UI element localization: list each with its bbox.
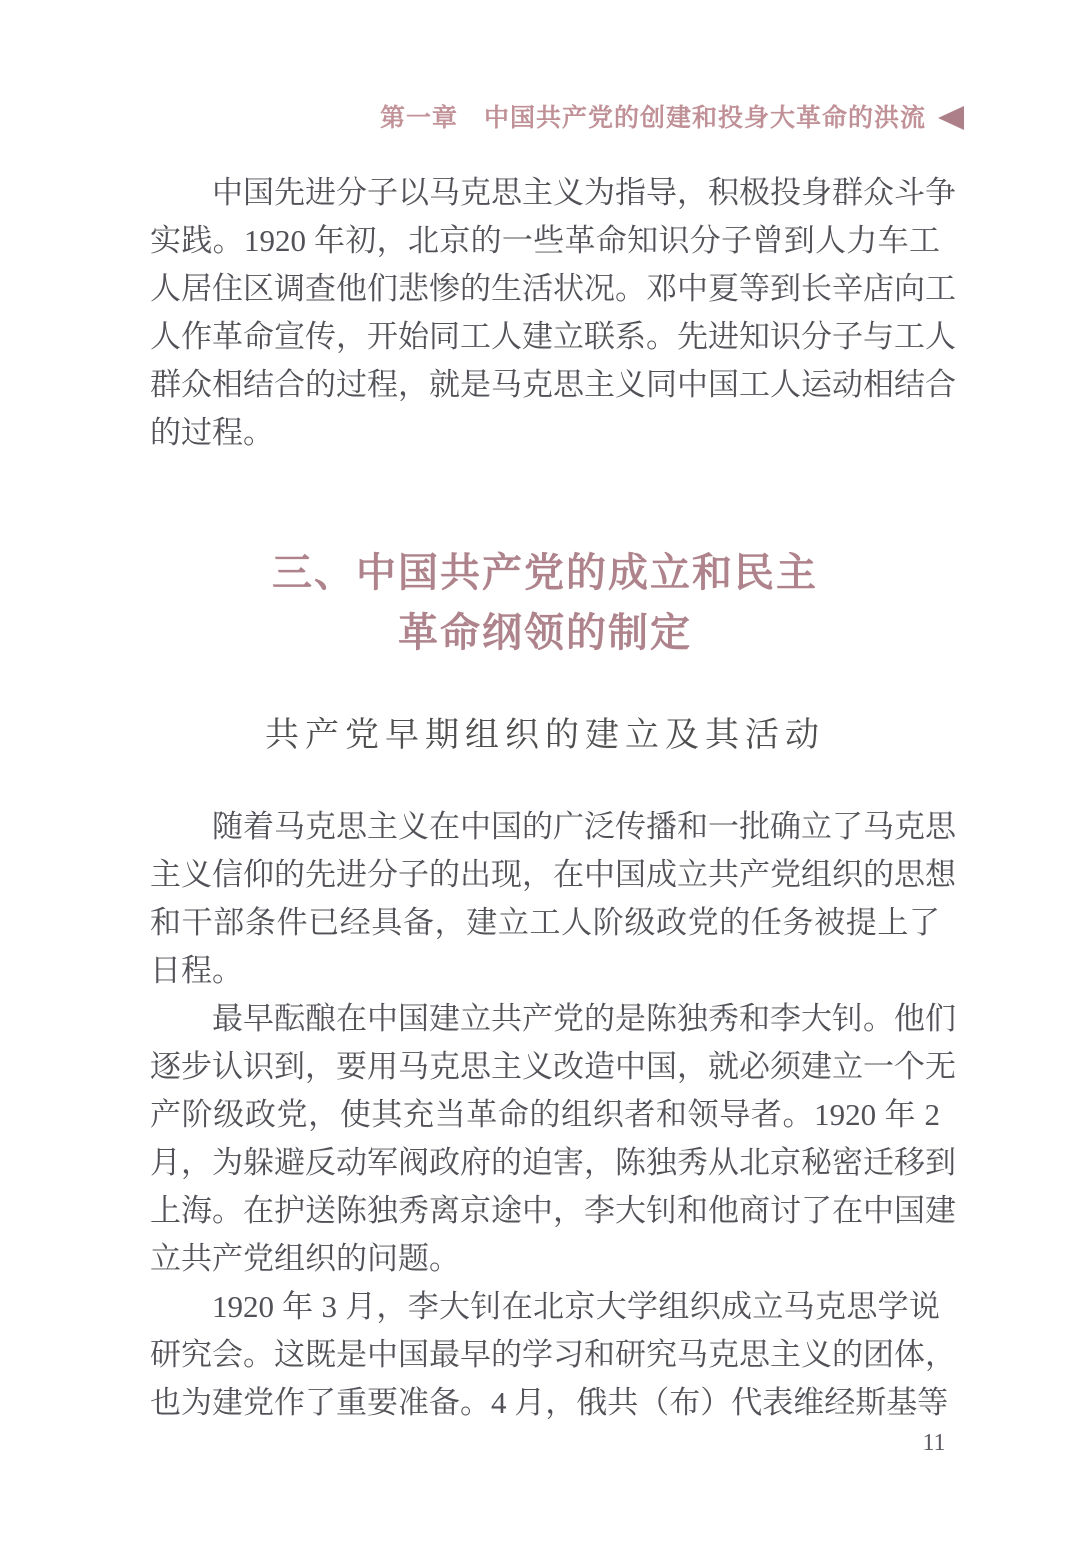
body-line: 主义信仰的先进分子的出现，在中国成立共产党组织的思想 — [150, 851, 940, 899]
body-line: 逐步认识到，要用马克思主义改造中国，就必须建立一个无 — [150, 1043, 940, 1091]
chapter-title: 中国共产党的创建和投身大革命的洪流 — [484, 103, 926, 133]
body-line: 日程。 — [150, 947, 940, 995]
text-column: 中国先进分子以马克思主义为指导，积极投身群众斗争 实践。1920 年初，北京的一… — [150, 169, 940, 1427]
body-line: 中国先进分子以马克思主义为指导，积极投身群众斗争 — [150, 169, 940, 217]
body-line: 群众相结合的过程，就是马克思主义同中国工人运动相结合 — [150, 361, 940, 409]
body-line: 的过程。 — [150, 409, 940, 457]
chapter-label: 第一章 — [380, 103, 458, 133]
body-line: 上海。在护送陈独秀离京途中，李大钊和他商讨了在中国建 — [150, 1187, 940, 1235]
body-line: 立共产党组织的问题。 — [150, 1235, 940, 1283]
body-line: 产阶级政党，使其充当革命的组织者和领导者。1920 年 2 — [150, 1091, 940, 1139]
body-line: 也为建党作了重要准备。4 月，俄共（布）代表维经斯基等 — [150, 1379, 940, 1427]
body-line: 和干部条件已经具备，建立工人阶级政党的任务被提上了 — [150, 899, 940, 947]
body-line: 实践。1920 年初，北京的一些革命知识分子曾到人力车工 — [150, 217, 940, 265]
book-page: 第一章 中国共产党的创建和投身大革命的洪流 中国先进分子以马克思主义为指导，积极… — [0, 0, 1080, 1545]
paragraph-3: 最早酝酿在中国建立共产党的是陈独秀和李大钊。他们 逐步认识到，要用马克思主义改造… — [150, 995, 940, 1283]
section-heading-line-2: 革命纲领的制定 — [150, 603, 940, 663]
page-number: 11 — [912, 1430, 956, 1457]
body-line: 月，为躲避反动军阀政府的迫害，陈独秀从北京秘密迁移到 — [150, 1139, 940, 1187]
body-line: 人居住区调查他们悲惨的生活状况。邓中夏等到长辛店向工 — [150, 265, 940, 313]
body-line: 研究会。这既是中国最早的学习和研究马克思主义的团体， — [150, 1331, 940, 1379]
body-line: 随着马克思主义在中国的广泛传播和一批确立了马克思 — [150, 803, 940, 851]
paragraph-1: 中国先进分子以马克思主义为指导，积极投身群众斗争 实践。1920 年初，北京的一… — [150, 169, 940, 457]
body-line: 人作革命宣传，开始同工人建立联系。先进知识分子与工人 — [150, 313, 940, 361]
body-line: 最早酝酿在中国建立共产党的是陈独秀和李大钊。他们 — [150, 995, 940, 1043]
section-heading-line-1: 三、中国共产党的成立和民主 — [150, 543, 940, 603]
left-triangle-icon — [938, 106, 964, 130]
subsection-heading: 共产党早期组织的建立及其活动 — [150, 711, 940, 761]
running-head: 第一章 中国共产党的创建和投身大革命的洪流 — [0, 0, 1080, 133]
paragraph-2: 随着马克思主义在中国的广泛传播和一批确立了马克思 主义信仰的先进分子的出现，在中… — [150, 803, 940, 995]
section-heading: 三、中国共产党的成立和民主 革命纲领的制定 — [150, 543, 940, 663]
body-line: 1920 年 3 月，李大钊在北京大学组织成立马克思学说 — [150, 1283, 940, 1331]
paragraph-4: 1920 年 3 月，李大钊在北京大学组织成立马克思学说 研究会。这既是中国最早… — [150, 1283, 940, 1427]
